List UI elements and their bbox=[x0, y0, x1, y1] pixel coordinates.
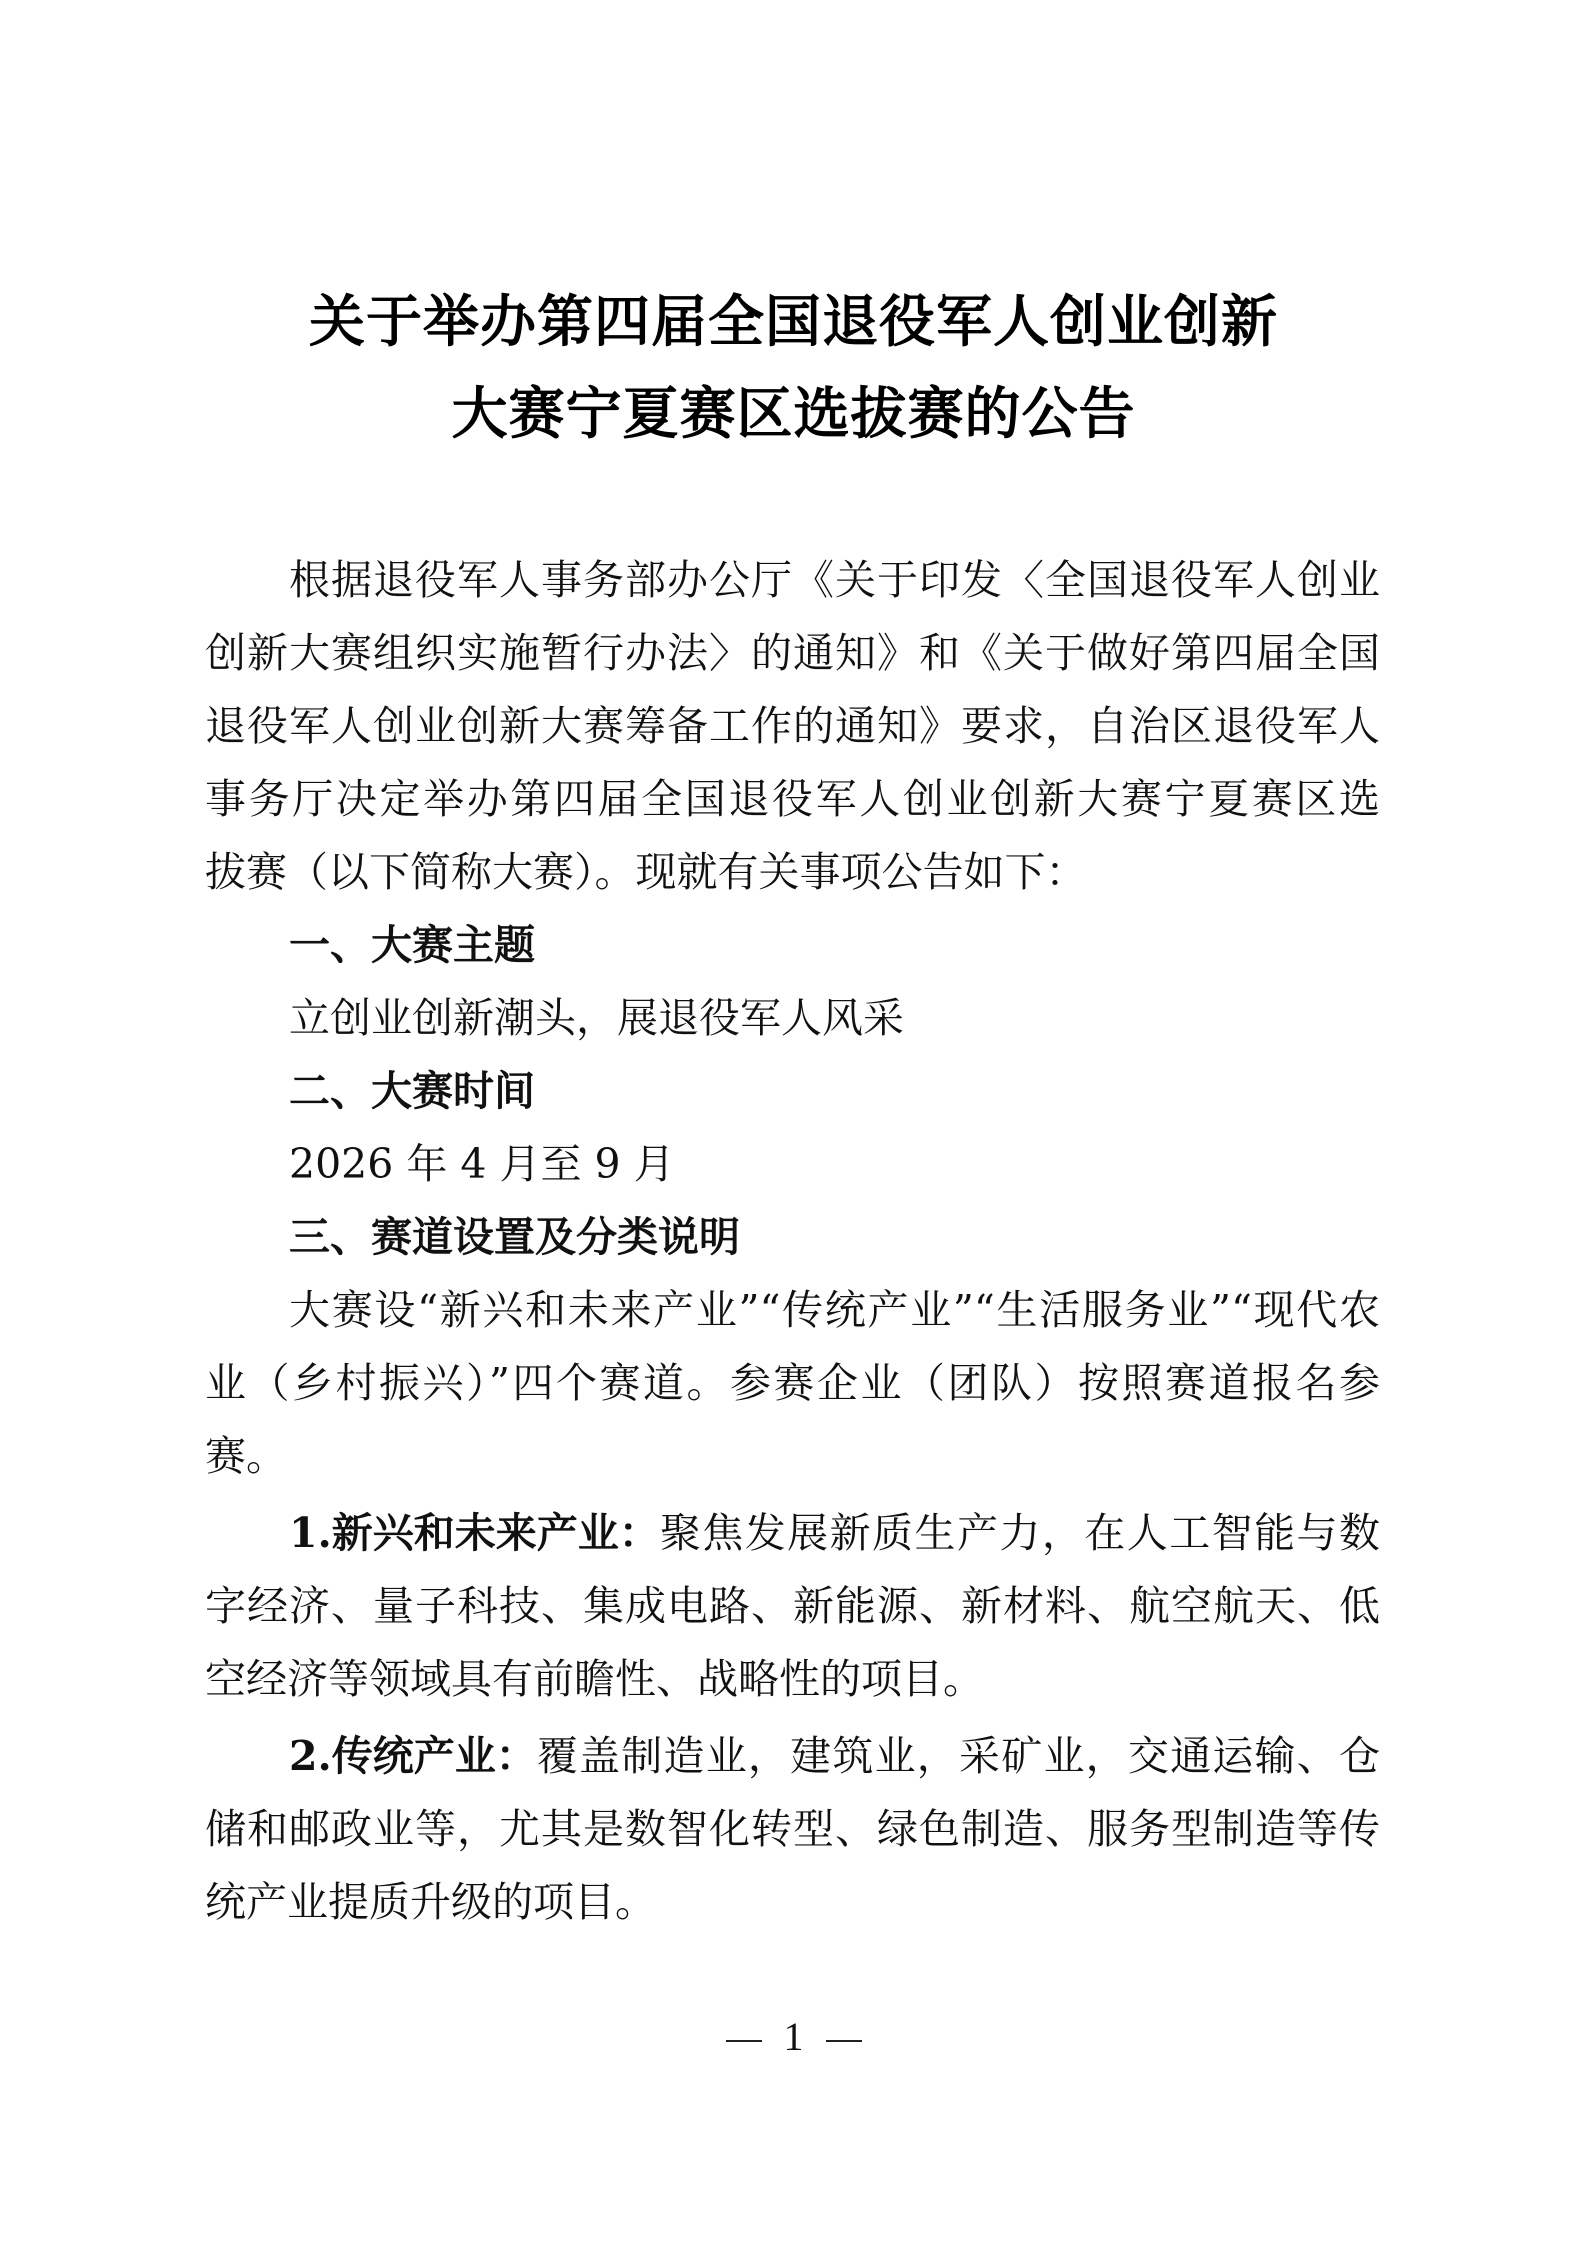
intro-line: 事务厅决定举办第四届全国退役军人创业创新大赛宁夏赛区选 bbox=[205, 774, 1380, 824]
section-text-tracks: 大赛设“新兴和未来产业”“传统产业”“生活服务业”“现代农 bbox=[289, 1285, 1380, 1335]
track-item-traditional: 2.传统产业： 覆盖制造业，建筑业，采矿业，交通运输、仓 bbox=[289, 1731, 1380, 1781]
intro-line: 拔赛（以下简称大赛）。现就有关事项公告如下： bbox=[205, 847, 1380, 897]
page-number: 1 bbox=[0, 2012, 1587, 2062]
intro-line: 根据退役军人事务部办公厅《关于印发〈全国退役军人创业 bbox=[289, 555, 1380, 605]
section-text-tracks: 业（乡村振兴）”四个赛道。参赛企业（团队）按照赛道报名参 bbox=[205, 1358, 1380, 1408]
track-label-traditional: 2.传统产业： bbox=[289, 1731, 537, 1781]
page-number-dash-right bbox=[826, 2040, 862, 2042]
section-heading-time: 二、大赛时间 bbox=[289, 1066, 1380, 1116]
track-text: 聚焦发展新质生产力，在人工智能与数 bbox=[660, 1508, 1380, 1558]
section-text-tracks: 赛。 bbox=[205, 1431, 1380, 1481]
section-heading-tracks: 三、赛道设置及分类说明 bbox=[289, 1212, 1380, 1262]
track-item-emerging: 1.新兴和未来产业： 聚焦发展新质生产力，在人工智能与数 bbox=[289, 1508, 1380, 1558]
track-text: 统产业提质升级的项目。 bbox=[205, 1877, 1380, 1927]
intro-line: 退役军人创业创新大赛筹备工作的通知》要求，自治区退役军人 bbox=[205, 701, 1380, 751]
page-number-dash-left bbox=[726, 2040, 762, 2042]
section-heading-theme: 一、大赛主题 bbox=[289, 920, 1380, 970]
section-text-time: 2026 年 4 月至 9 月 bbox=[289, 1139, 1380, 1189]
track-text: 字经济、量子科技、集成电路、新能源、新材料、航空航天、低 bbox=[205, 1581, 1380, 1631]
document-title-line-1: 关于举办第四届全国退役军人创业创新 bbox=[0, 290, 1587, 354]
document-title-line-2: 大赛宁夏赛区选拔赛的公告 bbox=[0, 382, 1587, 446]
intro-line: 创新大赛组织实施暂行办法〉的通知》和《关于做好第四届全国 bbox=[205, 628, 1380, 678]
section-text-theme: 立创业创新潮头，展退役军人风采 bbox=[289, 993, 1380, 1043]
track-text: 储和邮政业等，尤其是数智化转型、绿色制造、服务型制造等传 bbox=[205, 1804, 1380, 1854]
page-number-value: 1 bbox=[784, 2014, 804, 2059]
track-text: 覆盖制造业，建筑业，采矿业，交通运输、仓 bbox=[537, 1731, 1380, 1781]
track-label-emerging: 1.新兴和未来产业： bbox=[289, 1508, 660, 1558]
track-text: 空经济等领域具有前瞻性、战略性的项目。 bbox=[205, 1654, 1380, 1704]
